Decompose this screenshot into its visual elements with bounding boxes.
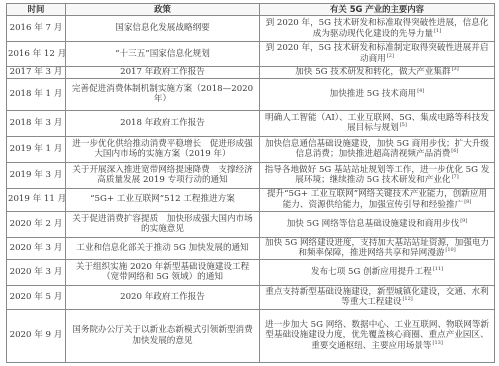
cell-content: 加快信息通信基础设施建设，加快 5G 商用步伐；扩大升级信息消费；加快推进超高清…	[260, 136, 495, 162]
cell-policy: “十三五”国家信息化规划	[66, 42, 260, 67]
reference-marker: [1]	[434, 28, 441, 34]
table-row: 2018 年 1 月完善促进消费体制机制实施方案（2018—2020 年）加快推…	[7, 78, 495, 110]
content-text: 加快 5G 技术研发和转化，做大产业集群	[295, 67, 450, 77]
cell-date: 2020 年 3 月	[7, 237, 66, 259]
cell-content: 明确人工智能（AI）、工业互联网、5G、集成电路等科技发展目标与规划[5]	[260, 110, 495, 136]
cell-content: 发布七项 5G 创新应用提升工程[11]	[260, 259, 495, 285]
table-row: 2019 年 1 月进一步优化供给推动消费平稳增长 促进形成强大国内市场的实施方…	[7, 136, 495, 162]
header-content: 有关 5G 产业的主要内容	[260, 4, 495, 16]
cell-date: 2016 年 12 月	[7, 42, 66, 67]
reference-marker: [5]	[400, 122, 407, 128]
table-row: 2016 年 7 月国家信息化发展战略纲要到 2020 年，5G 技术研发和标准…	[7, 16, 495, 42]
table-row: 2020 年 2 月关于促进消费扩容提质 加快形成强大国内市场的实施意见加快 5…	[7, 211, 495, 237]
content-text: 到 2020 年，5G 技术研发和标准取得突破性进展，信息化成为驱动现代化建设的…	[266, 18, 489, 39]
cell-policy: 工业和信息化部关于推动 5G 加快发展的通知	[66, 237, 260, 259]
content-text: 加快 5G 网络等信息基础设施建设和商用步伐	[287, 219, 459, 229]
content-text: 明确人工智能（AI）、工业互联网、5G、集成电路等科技发展目标与规划	[265, 113, 489, 134]
reference-marker: [3]	[452, 67, 459, 73]
cell-date: 2020 年 9 月	[7, 309, 66, 362]
table-row: 2020 年 3 月工业和信息化部关于推动 5G 加快发展的通知加快 5G 网络…	[7, 237, 495, 259]
cell-date: 2020 年 5 月	[7, 285, 66, 309]
cell-date: 2020 年 3 月	[7, 259, 66, 285]
table-row: 2020 年 9 月国务院办公厅关于以新业态新模式引领新型消费加快发展的意见进一…	[7, 309, 495, 362]
cell-content: 到 2020 年，5G 技术研发和标准制定取得突破性进展并启动商用[2]	[260, 42, 495, 67]
content-text: 重点支持新型基础设施建设，新型城镇化建设，交通、水利等重大工程建设	[265, 287, 488, 308]
cell-content: 重点支持新型基础设施建设，新型城镇化建设，交通、水利等重大工程建设[12]	[260, 285, 495, 309]
policy-table: 时间 政策 有关 5G 产业的主要内容 2016 年 7 月国家信息化发展战略纲…	[6, 3, 495, 363]
header-policy: 政策	[66, 4, 260, 16]
content-text: 发布七项 5G 创新应用提升工程	[311, 267, 432, 277]
cell-date: 2020 年 2 月	[7, 211, 66, 237]
cell-policy: 2018 年政府工作报告	[66, 110, 260, 136]
table-row: 2016 年 12 月“十三五”国家信息化规划到 2020 年，5G 技术研发和…	[7, 42, 495, 67]
cell-policy: 国务院办公厅关于以新业态新模式引领新型消费加快发展的意见	[66, 309, 260, 362]
table-row: 2019 年 11 月“5G+ 工业互联网”512 工程推进方案提升“5G+ 工…	[7, 188, 495, 211]
table-row: 2017 年 3 月2017 年政府工作报告加快 5G 技术研发和转化，做大产业…	[7, 67, 495, 79]
cell-content: 提升“5G+ 工业互联网”网络关键技术产业能力，创新应用能力、资源供给能力，加强…	[260, 188, 495, 211]
cell-date: 2019 年 3 月	[7, 162, 66, 188]
cell-date: 2018 年 3 月	[7, 110, 66, 136]
cell-content: 加快推进 5G 技术商用[4]	[260, 78, 495, 110]
cell-content: 加快 5G 技术研发和转化，做大产业集群[3]	[260, 67, 495, 79]
header-time: 时间	[7, 4, 66, 16]
cell-content: 进一步加大 5G 网络、数据中心、工业互联网、物联网等新型基础设施建设力度，优先…	[260, 309, 495, 362]
cell-content: 到 2020 年，5G 技术研发和标准取得突破性进展，信息化成为驱动现代化建设的…	[260, 16, 495, 42]
table-row: 2019 年 3 月关于开展深入推进宽带网络提速降费 支撑经济高质量发展 201…	[7, 162, 495, 188]
cell-policy: 完善促进消费体制机制实施方案（2018—2020 年）	[66, 78, 260, 110]
content-text: 加快推进 5G 技术商用	[330, 89, 417, 99]
reference-marker: [8]	[464, 199, 471, 205]
cell-policy: “5G+ 工业互联网”512 工程推进方案	[66, 188, 260, 211]
content-text: 进一步加大 5G 网络、数据中心、工业互联网、物联网等新型基础设施建设力度，优先…	[265, 320, 489, 351]
table-header-row: 时间 政策 有关 5G 产业的主要内容	[7, 4, 495, 16]
cell-policy: 关于开展深入推进宽带网络提速降费 支撑经济高质量发展 2019 专项行动的通知	[66, 162, 260, 188]
cell-policy: 进一步优化供给推动消费平稳增长 促进形成强大国内市场的实施方案（2019 年）	[66, 136, 260, 162]
table-body: 2016 年 7 月国家信息化发展战略纲要到 2020 年，5G 技术研发和标准…	[7, 16, 495, 363]
reference-marker: [4]	[417, 88, 424, 94]
cell-date: 2019 年 11 月	[7, 188, 66, 211]
cell-policy: 国家信息化发展战略纲要	[66, 16, 260, 42]
cell-policy: 关于组织实施 2020 年新型基础设施建设工程（宽带网络和 5G 领域）的通知	[66, 259, 260, 285]
table-row: 2020 年 3 月关于组织实施 2020 年新型基础设施建设工程（宽带网络和 …	[7, 259, 495, 285]
cell-date: 2016 年 7 月	[7, 16, 66, 42]
cell-content: 加快 5G 网络建设进度，支持加大基站站址资源，加强电力和频率保障，推进网络共享…	[260, 237, 495, 259]
table-row: 2018 年 3 月2018 年政府工作报告明确人工智能（AI）、工业互联网、5…	[7, 110, 495, 136]
reference-marker: [11]	[433, 266, 443, 272]
cell-policy: 2020 年政府工作报告	[66, 285, 260, 309]
table-row: 2020 年 5 月2020 年政府工作报告重点支持新型基础设施建设，新型城镇化…	[7, 285, 495, 309]
reference-marker: [12]	[402, 296, 412, 302]
cell-date: 2019 年 1 月	[7, 136, 66, 162]
reference-marker: [7]	[452, 174, 459, 180]
cell-policy: 关于促进消费扩容提质 加快形成强大国内市场的实施意见	[66, 211, 260, 237]
cell-policy: 2017 年政府工作报告	[66, 67, 260, 79]
cell-content: 指导各地做好 5G 基站站址规划等工作，进一步优化 5G 发展环境；继续推动 5…	[260, 162, 495, 188]
reference-marker: [2]	[387, 53, 394, 59]
cell-date: 2017 年 3 月	[7, 67, 66, 79]
reference-marker: [10]	[445, 247, 455, 253]
reference-marker: [9]	[460, 218, 467, 224]
content-text: 提升“5G+ 工业互联网”网络关键技术产业能力，创新应用能力、资源供给能力，加强…	[267, 189, 487, 210]
reference-marker: [6]	[451, 148, 458, 154]
cell-content: 加快 5G 网络等信息基础设施建设和商用步伐[9]	[260, 211, 495, 237]
reference-marker: [13]	[433, 340, 443, 346]
content-text: 到 2020 年，5G 技术研发和标准制定取得突破性进展并启动商用	[266, 43, 489, 64]
cell-date: 2018 年 1 月	[7, 78, 66, 110]
